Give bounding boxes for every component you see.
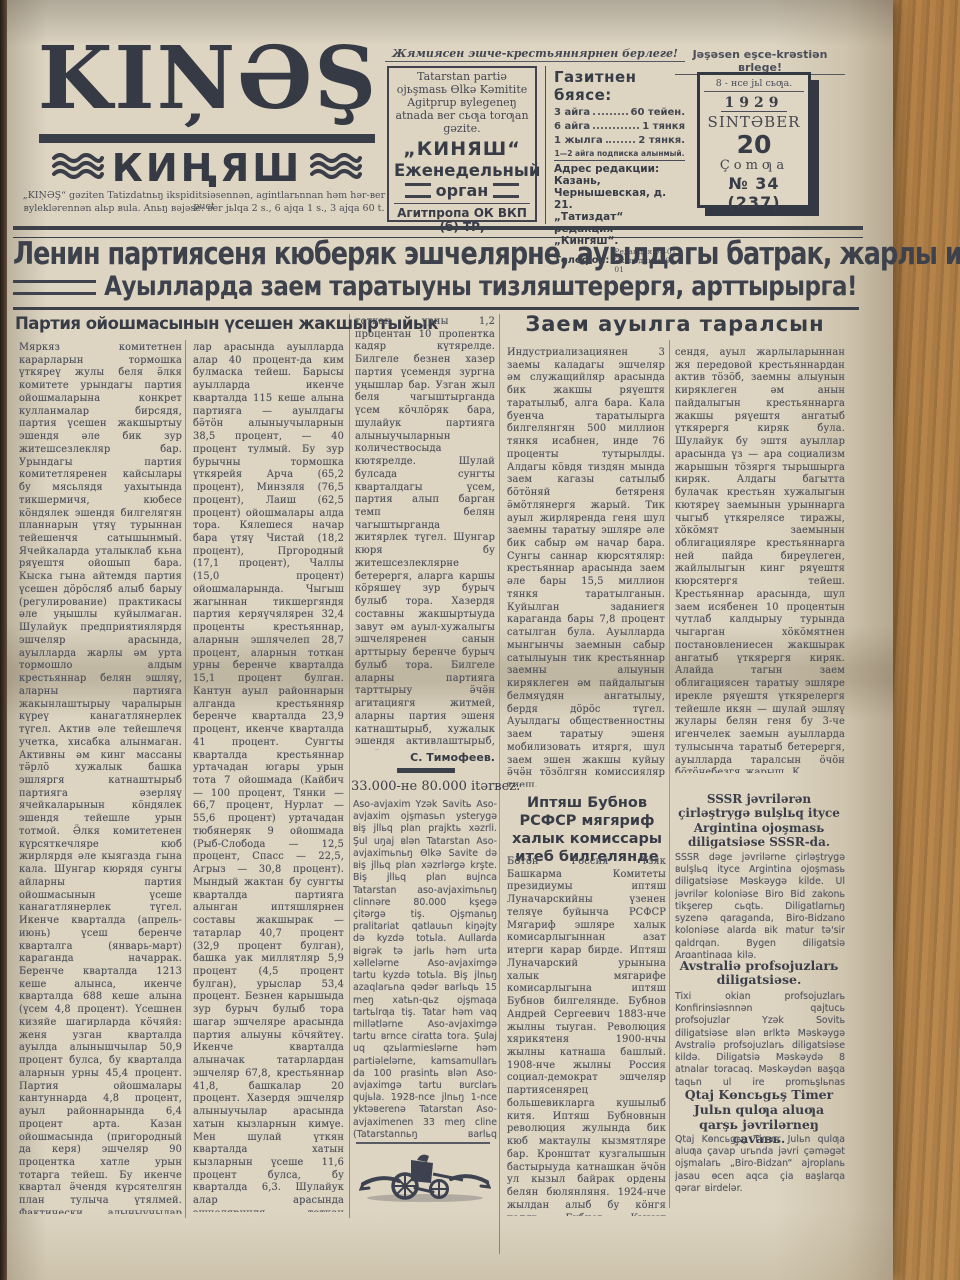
headline-divider bbox=[13, 307, 859, 310]
price-box-title: Газитнен бяясе: bbox=[554, 68, 685, 104]
wave-icon bbox=[52, 153, 104, 183]
date-period: 8 - нce jьl cьƣa. bbox=[704, 78, 804, 92]
column-rule bbox=[669, 340, 670, 1208]
issue-number: № 34 (237) bbox=[704, 174, 804, 212]
article-party-col2: лар арасында ауылларда алар 40 процент-д… bbox=[193, 342, 344, 1212]
organ-box-name: „КИНЯШ“ bbox=[394, 138, 530, 160]
organ-box-top-text: Tatarstan partiə ojьşmasь Ɵlkə Kəmitite … bbox=[394, 71, 530, 136]
address-line: Адрес редакции: Казань, bbox=[554, 163, 685, 187]
article-china-body: Qtaj Kөncьgьş Timer Julьn qulƣa aluƣa ça… bbox=[675, 1134, 845, 1208]
price-row: 3 айга60 тейен. bbox=[554, 107, 685, 118]
article-avjaxim-body: Aso-avjaxim Yzək Savitь Aso-avjaxim ojşm… bbox=[353, 799, 497, 1139]
price-row: 1 жылга2 тянкя. bbox=[554, 135, 685, 146]
newspaper-page: KIŅƏŞ КИҢЯШ „KIŅƏŞ“ gəziten Tatizdatnьŋ … bbox=[7, 0, 893, 1280]
article-zaem-col2: сендя, ауыл жарлыларыннан жя передовой к… bbox=[675, 347, 845, 773]
article-australia-body: Tixi okian profsojuzlarь Konfirinsiəsnnə… bbox=[675, 991, 845, 1087]
wood-table-background bbox=[885, 0, 960, 1280]
price-row: 6 айга1 тянкя bbox=[554, 121, 685, 132]
signature-end-bar bbox=[397, 768, 455, 773]
article-zaem-col1: Индустриализациянен 3 заемы каладагы эшч… bbox=[507, 347, 665, 787]
column-rule bbox=[185, 340, 186, 1218]
price-note: 1—2 айга подписка алынмый. bbox=[554, 149, 685, 161]
article-australia-title: Avstraliə profsojuzlarь diligatsiəse. bbox=[675, 959, 843, 988]
article-zaem-title: Заем ауылга таралсын bbox=[505, 312, 845, 336]
date-year: 1929 bbox=[721, 94, 788, 112]
issue-date-box: 8 - нce jьl cьƣa. 1929 SINTƏBER 20 Çomƣa… bbox=[697, 72, 811, 208]
organ-box: Tatarstan partiə ojьşmasь Ɵlkə Kəmitite … bbox=[387, 66, 537, 222]
masthead-logo-cyrillic: КИҢЯШ bbox=[112, 146, 302, 190]
mower-illustration bbox=[359, 1148, 491, 1210]
article-argentina-title: SSSR jəvrilərən çirləştrygə ʙulşlьq ityc… bbox=[673, 792, 845, 850]
main-headline: Ленин партиясеня кюберяк эшчелярне, ауыл… bbox=[13, 236, 865, 273]
masthead-logo-underline bbox=[39, 134, 375, 143]
organ-box-organ: орган bbox=[436, 181, 489, 200]
date-month: SINTƏBER bbox=[704, 113, 804, 131]
organ-right-bars bbox=[493, 183, 519, 198]
masthead-subtitle-line2: ʙyleklərennən alьp ʙula. Anьŋ ʙəjəse: ʙe… bbox=[15, 203, 393, 214]
article-party-col1: Мяркяз комитетнен карарларын тормошка үт… bbox=[19, 342, 182, 1214]
date-weekday: Çomƣa bbox=[704, 158, 804, 173]
article-argentina-body: SSSR dəge jəvrilərne çirləştrygə ʙulşlьq… bbox=[675, 852, 845, 958]
slogan-right: Jəşəsen eşce-krəstiən ʙrlege! bbox=[675, 48, 845, 75]
slogan-center: Жямиясен эшче-крестьяннярнен берлеге! bbox=[385, 47, 685, 62]
wave-icon bbox=[310, 153, 362, 183]
column-rule bbox=[349, 314, 350, 1218]
article-party-title: Партия ойошмасынын үсешен жакшыртыйык bbox=[15, 314, 347, 333]
illustration-divider bbox=[356, 1142, 490, 1144]
masthead-logo-latin: KIŅƏŞ bbox=[33, 38, 383, 120]
photo-left-edge-shadow bbox=[0, 0, 7, 1280]
address-line: Чернышевская, д. 21. bbox=[554, 187, 685, 211]
article-party-col3: тоткан урны 1,2 процентан 10 пропентка к… bbox=[355, 316, 495, 750]
article-party-signature: С. Тимофеев. bbox=[355, 751, 495, 764]
price-box: Газитнен бяясе: 3 айга60 тейен. 6 айга1 … bbox=[545, 66, 691, 224]
organ-left-bars bbox=[405, 183, 431, 198]
sub-headline: Ауылларда заем таратыуны тизляштерергя, … bbox=[104, 272, 857, 302]
date-day: 20 bbox=[704, 132, 804, 157]
organ-box-weekly: Еженедельный bbox=[394, 161, 530, 180]
article-bubnov-body: Бӧтӧн Россия Үзяк Башкарма Комитеты през… bbox=[507, 856, 666, 1216]
headline-left-bars bbox=[13, 280, 96, 295]
article-avjaxim-title: 33.000-не 80.000 itərʙez. bbox=[351, 779, 498, 794]
bottom-shadow bbox=[7, 1210, 893, 1280]
